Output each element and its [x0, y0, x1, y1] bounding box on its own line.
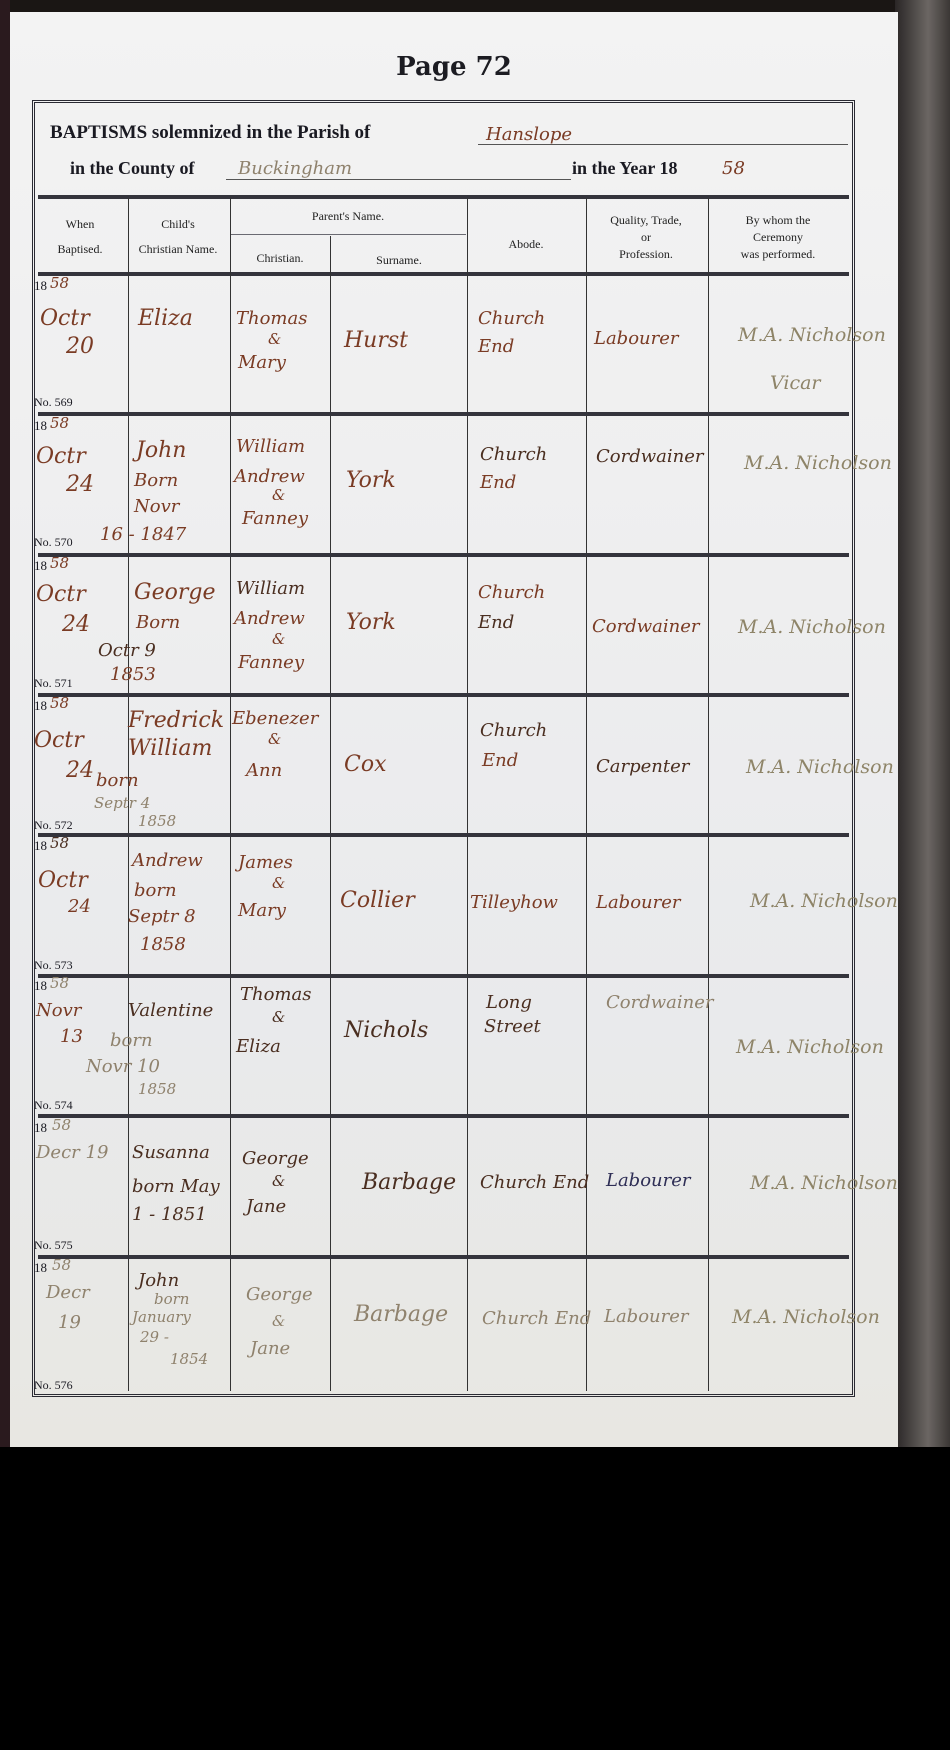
parents-christian: James	[238, 852, 293, 873]
abode: Church	[478, 582, 545, 603]
surname: Collier	[340, 888, 415, 913]
officiant-signature: M.A. Nicholson	[738, 324, 886, 346]
col-when-baptised: When Baptised.	[34, 216, 126, 258]
col-parents-name: Parent's Name.	[230, 208, 466, 225]
surname: Barbage	[362, 1170, 456, 1195]
baptism-date: Octr	[34, 728, 84, 753]
entry-number: No. 571	[34, 676, 73, 691]
surname: Nichols	[344, 1018, 428, 1043]
abode: Church End	[482, 1308, 591, 1329]
parents-christian: George	[242, 1148, 309, 1169]
child-name: Eliza	[138, 306, 193, 331]
abode: Church	[478, 308, 545, 329]
col-child-name: Child's Christian Name.	[128, 216, 228, 258]
col-parents-surname: Surname.	[332, 252, 466, 269]
header-top-rule	[38, 195, 849, 199]
col-divider	[708, 198, 709, 1391]
year-label: in the Year 18	[572, 158, 678, 179]
row-separator	[38, 1255, 849, 1259]
quality-trade: Labourer	[606, 1170, 691, 1191]
heading-prefix: BAPTISMS solemnized in the Parish of	[50, 122, 370, 143]
col-divider	[330, 236, 331, 1391]
abode: Long	[486, 992, 532, 1013]
child-name: Valentine	[128, 1000, 213, 1021]
parents-christian: Ebenezer	[232, 708, 318, 729]
row-separator	[38, 833, 849, 837]
officiant-signature: M.A. Nicholson	[738, 616, 886, 638]
officiant-signature: M.A. Nicholson	[736, 1036, 884, 1058]
officiant-signature: M.A. Nicholson	[732, 1306, 880, 1328]
quality-trade: Cordwainer	[592, 616, 699, 637]
col-divider	[467, 198, 468, 1391]
child-name: John	[136, 438, 186, 463]
entry-number: No. 575	[34, 1238, 73, 1253]
header-bottom-rule	[38, 272, 849, 276]
entry-number: No. 569	[34, 395, 73, 410]
parents-christian: William	[236, 436, 305, 457]
col-by-whom: By whom the Ceremony was performed.	[708, 212, 848, 263]
row-separator	[38, 693, 849, 697]
background-top-edge	[0, 0, 950, 12]
quality-trade: Labourer	[604, 1306, 689, 1327]
baptism-date: Novr	[36, 1000, 81, 1021]
county-label: in the County of	[70, 158, 195, 179]
col-divider	[230, 198, 231, 1391]
surname: Hurst	[344, 328, 408, 353]
entry-number: No. 576	[34, 1378, 73, 1393]
officiant-signature: M.A. Nicholson	[750, 1172, 898, 1194]
parish-field: Hanslope	[486, 124, 572, 145]
register-page: Page 72 BAPTISMS solemnized in the Paris…	[10, 12, 898, 1447]
col-abode: Abode.	[468, 236, 584, 253]
quality-trade: Labourer	[594, 328, 679, 349]
surname: Barbage	[354, 1302, 448, 1327]
baptism-date: Octr	[38, 868, 88, 893]
entry-number: No. 573	[34, 958, 73, 973]
surname: York	[346, 468, 396, 493]
quality-trade: Carpenter	[596, 756, 689, 777]
child-name: Susanna	[132, 1142, 210, 1163]
child-name: Fredrick	[128, 708, 224, 733]
parents-christian: William	[236, 578, 305, 599]
entry-number: No. 574	[34, 1098, 73, 1113]
register-heading: BAPTISMS solemnized in the Parish of	[50, 122, 370, 144]
parents-subheader-line	[230, 234, 466, 235]
officiant-signature: M.A. Nicholson	[744, 452, 892, 474]
parents-christian: George	[246, 1284, 313, 1305]
row-separator	[38, 553, 849, 557]
col-parents-christian: Christian.	[230, 250, 330, 267]
book-binding	[895, 0, 950, 1447]
baptism-date: Octr	[40, 306, 90, 331]
col-divider	[586, 198, 587, 1391]
abode: Church	[480, 720, 547, 741]
page-title: Page 72	[10, 52, 898, 82]
parents-christian: Thomas	[236, 308, 307, 329]
entry-number: No. 572	[34, 818, 73, 833]
surname: York	[346, 610, 396, 635]
baptism-date: Decr	[46, 1282, 90, 1303]
baptism-date: Decr 19	[36, 1142, 108, 1163]
surname: Cox	[344, 752, 387, 777]
quality-trade: Cordwainer	[606, 992, 713, 1013]
parents-christian: Thomas	[240, 984, 311, 1005]
county-field: Buckingham	[238, 158, 352, 179]
officiant-signature: M.A. Nicholson	[746, 756, 894, 778]
county-field-line	[226, 179, 571, 180]
baptism-date: Octr	[36, 444, 86, 469]
abode: Church	[480, 444, 547, 465]
col-quality-trade: Quality, Trade, or Profession.	[586, 212, 706, 263]
row-separator	[38, 412, 849, 416]
quality-trade: Labourer	[596, 892, 681, 913]
officiant-signature: M.A. Nicholson	[750, 890, 898, 912]
child-name: John	[138, 1270, 179, 1291]
child-name: George	[134, 580, 215, 605]
row-separator	[38, 1114, 849, 1118]
entry-number: No. 570	[34, 535, 73, 550]
quality-trade: Cordwainer	[596, 446, 703, 467]
background-left-edge	[0, 0, 10, 1447]
year-field: 58	[722, 158, 745, 179]
row-separator	[38, 974, 849, 978]
abode: Tilleyhow	[470, 892, 558, 913]
baptism-date: Octr	[36, 582, 86, 607]
child-name: Andrew	[132, 850, 203, 871]
abode: Church End	[480, 1172, 589, 1193]
